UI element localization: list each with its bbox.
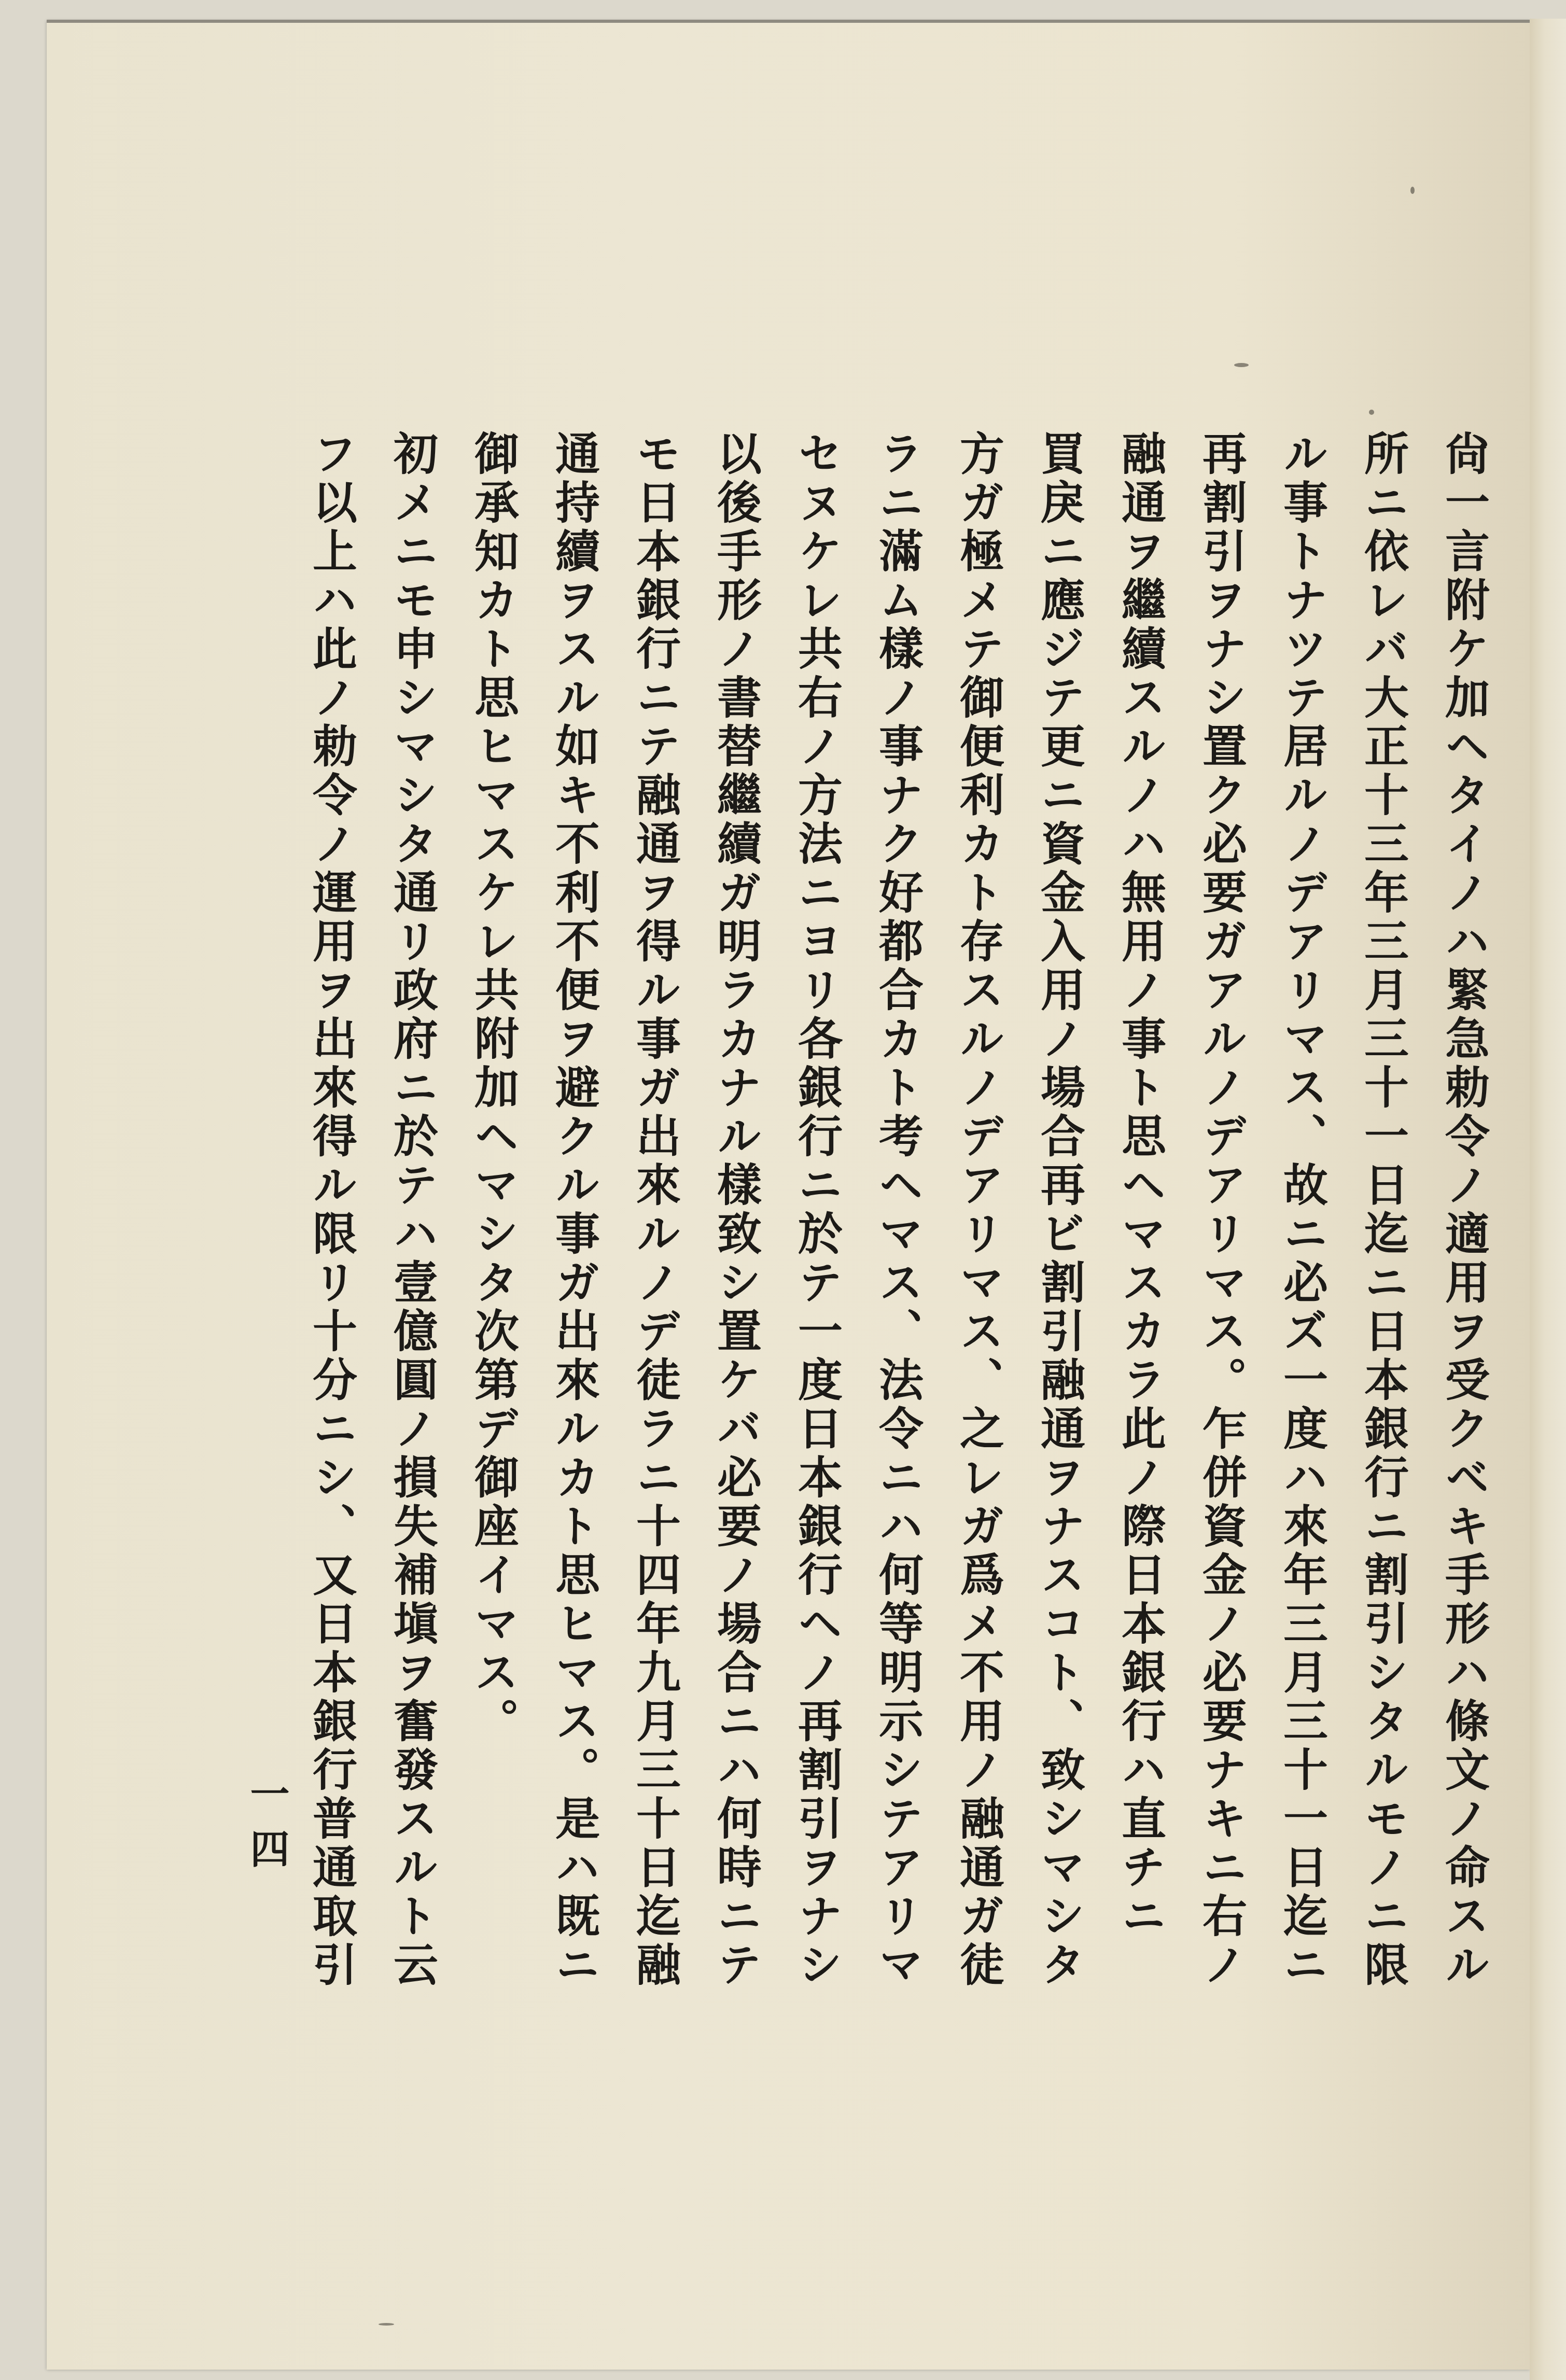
body-text: 尙一言附ケ加ヘタイノハ緊急勅令ノ適用ヲ受クベキ手形ハ條文ノ命スル 所ニ依レバ大正… <box>311 430 1504 2193</box>
text-column-13: 御承知カト思ヒマスケレ共附加ヘマシタ次第デ御座イマス。 <box>452 430 533 2193</box>
text-column-7: 方ガ極メテ御便利カト存スルノデアリマス、之レガ爲メ不用ノ融通ガ徒 <box>938 430 1018 2193</box>
text-column-10: 以後手形ノ書替繼續ガ明ラカナル樣致シ置ケバ必要ノ場合ニハ何時ニテ <box>695 430 776 2193</box>
adjacent-page-edge <box>1530 19 1566 2380</box>
text-column-8: ラニ滿ム樣ノ事ナク好都合カト考ヘマス、法令ニハ何等明示シテアリマ <box>857 430 938 2193</box>
page-top-edge <box>47 20 1530 23</box>
text-column-12: 通持續ヲスル如キ不利不便ヲ避クル事ガ出來ルカト思ヒマス。是ハ既ニ <box>533 430 614 2193</box>
text-column-5: 融通ヲ繼續スルノハ無用ノ事ト思ヘマスカラ此ノ際日本銀行ハ直チニ <box>1099 430 1180 2193</box>
text-column-11: モ日本銀行ニテ融通ヲ得ル事ガ出來ルノデ徒ラニ十四年九月三十日迄融 <box>614 430 695 2193</box>
text-column-4: 再割引ヲナシ置ク必要ガアルノデアリマス。乍併資金ノ必要ナキニ右ノ <box>1180 430 1261 2193</box>
paper-speck <box>1410 187 1415 194</box>
paper-speck <box>1234 363 1249 367</box>
text-column-2: 所ニ依レバ大正十三年三月三十一日迄ニ日本銀行ニ割引シタルモノニ限 <box>1342 430 1423 2193</box>
text-column-9: セヌケレ共右ノ方法ニヨリ各銀行ニ於テ一度日本銀行ヘノ再割引ヲナシ <box>776 430 857 2193</box>
text-column-15: フ以上ハ此ノ勅令ノ運用ヲ出來得ル限リ十分ニシ、又日本銀行普通取引 <box>290 430 371 2193</box>
text-column-3: ル事トナツテ居ルノデアリマス、故ニ必ズ一度ハ來年三月三十一日迄ニ <box>1261 430 1342 2193</box>
paper-speck <box>379 2323 394 2326</box>
text-column-14: 初メニモ申シマシタ通リ政府ニ於テハ壹億圓ノ損失補塡ヲ奮發スルト云 <box>371 430 452 2193</box>
text-column-1: 尙一言附ケ加ヘタイノハ緊急勅令ノ適用ヲ受クベキ手形ハ條文ノ命スル <box>1423 430 1504 2193</box>
page-number: 一四 <box>239 1773 295 1883</box>
paper-speck <box>1369 410 1374 415</box>
text-column-6: 買戾ニ應ジテ更ニ資金入用ノ場合再ビ割引融通ヲナスコト、致シマシタ <box>1018 430 1099 2193</box>
